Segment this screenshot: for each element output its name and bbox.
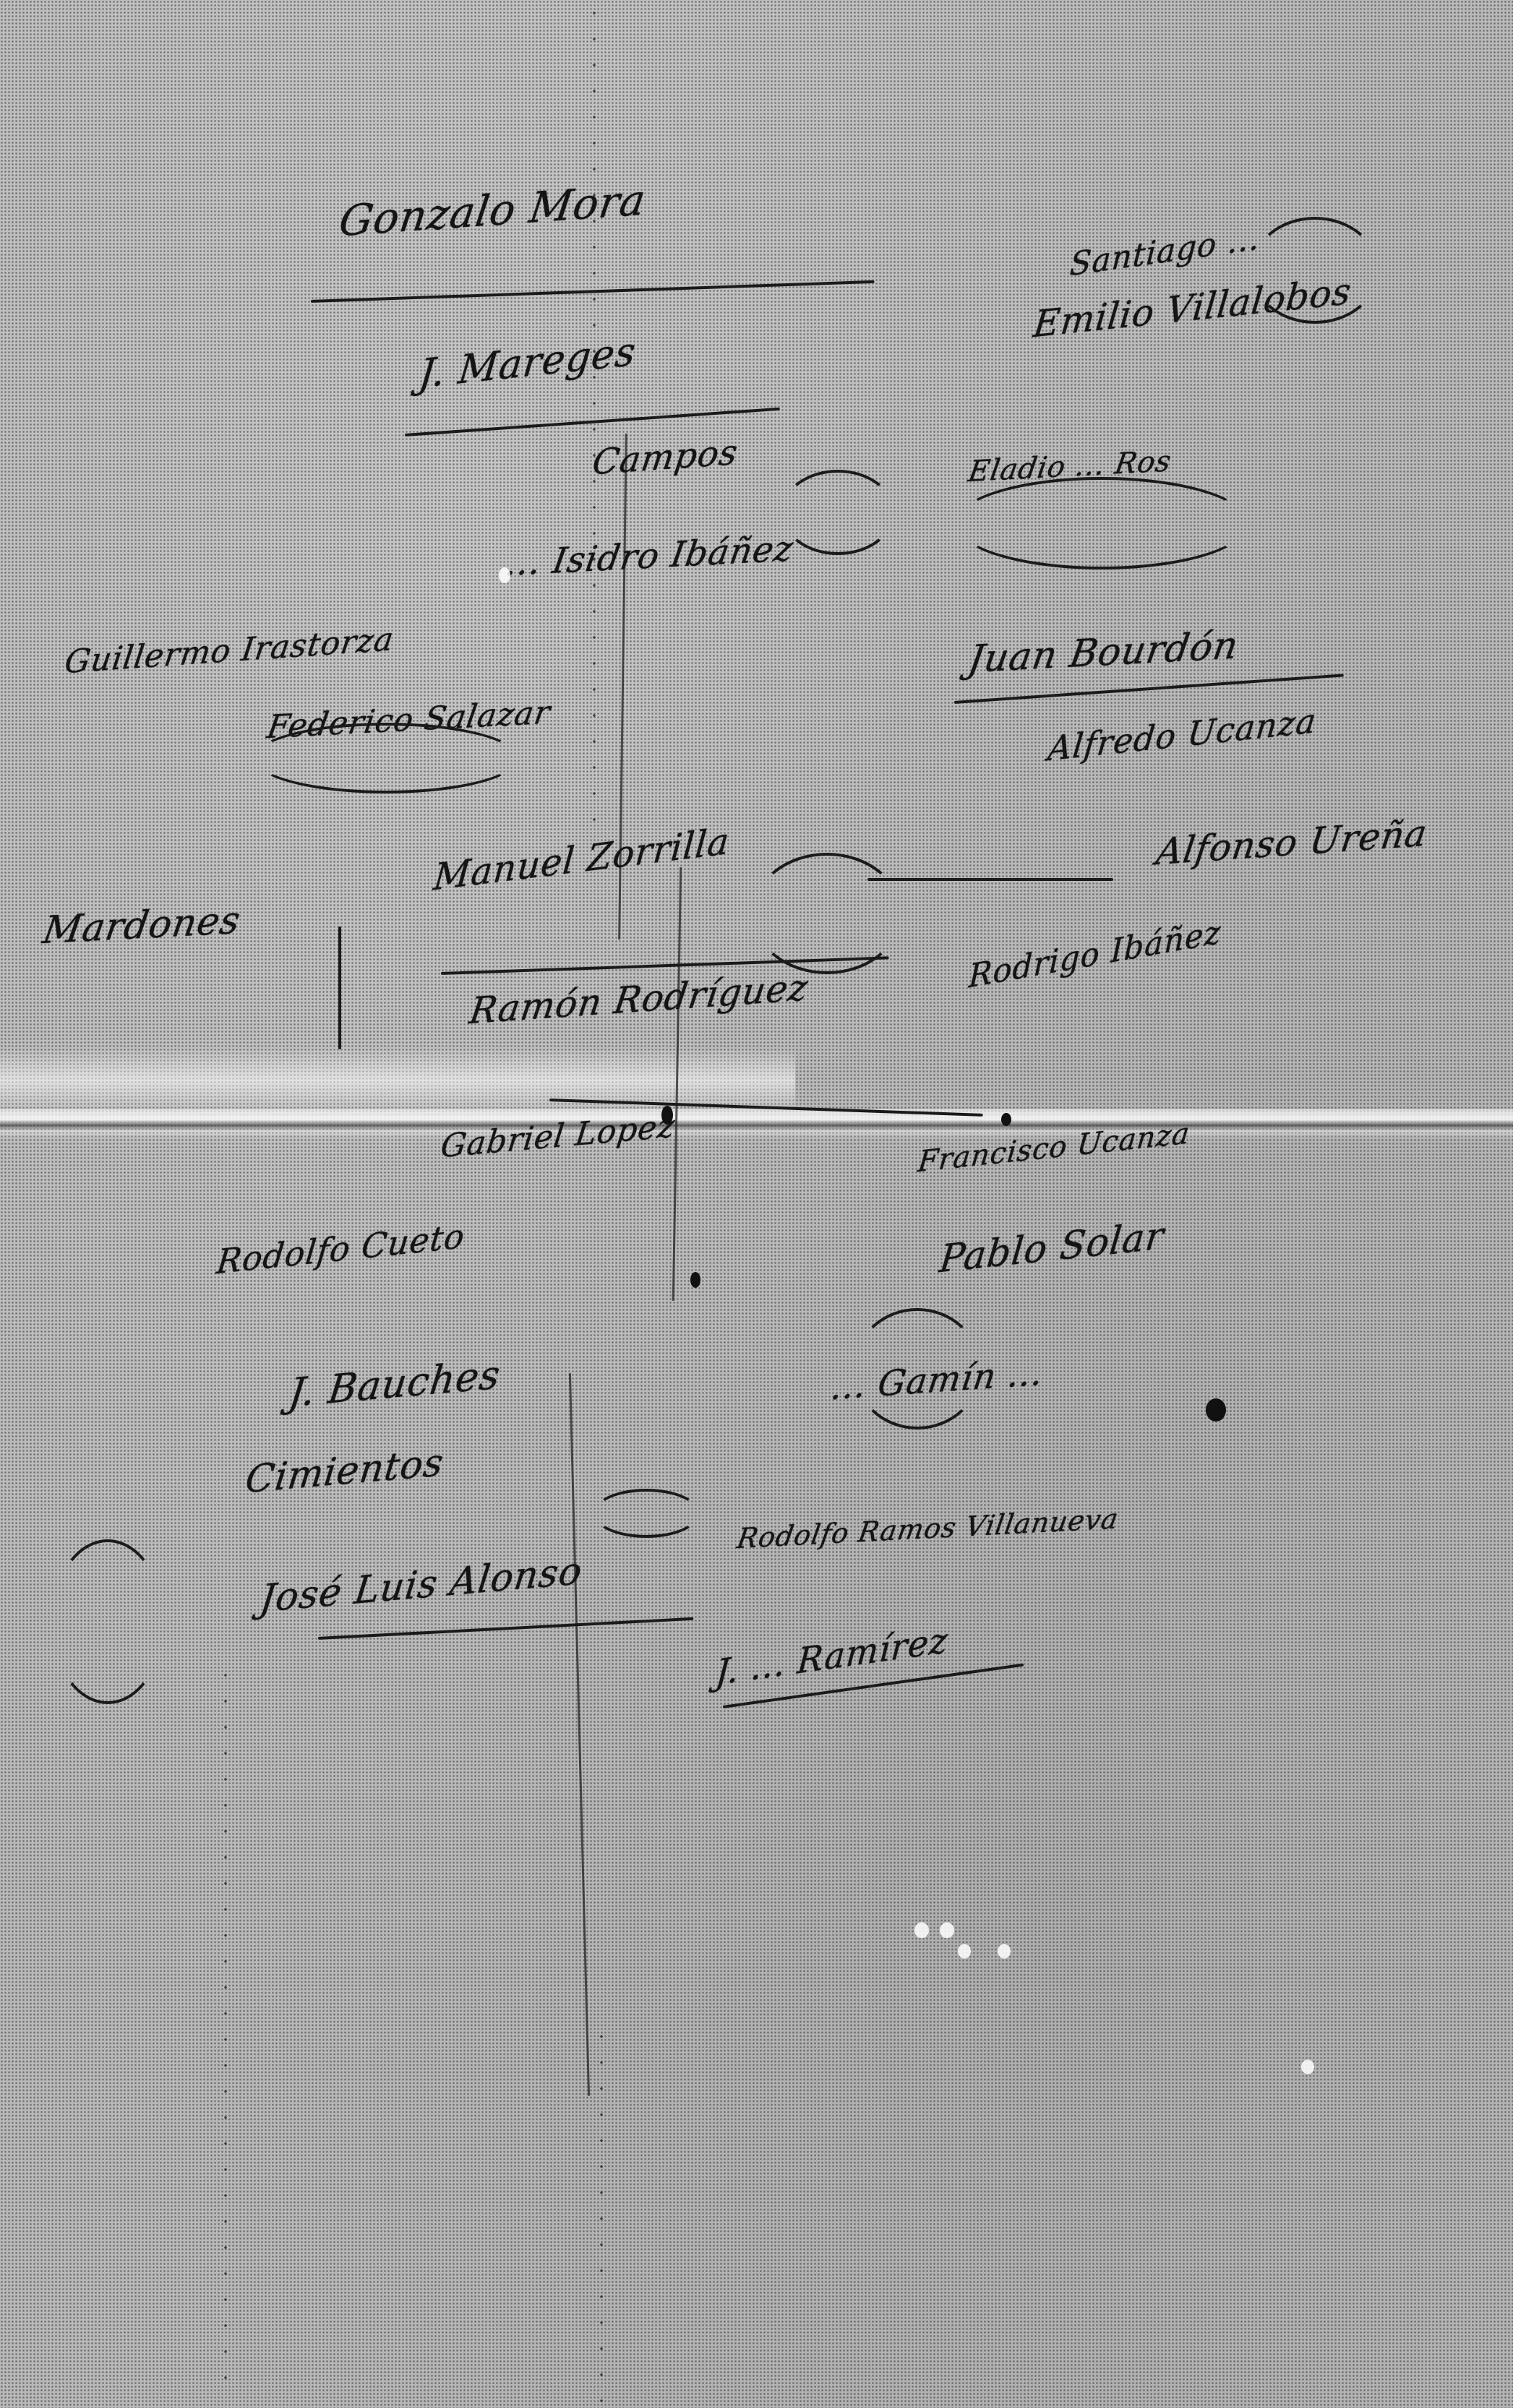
rubric-loop [853,1308,982,1429]
rubric-loop [593,1489,700,1538]
signature-campos: Campos [590,432,741,483]
paper-hole [499,567,510,583]
ink-blot [661,1106,673,1125]
left-dotted-margin [224,1662,227,2385]
rubric-line-left [338,926,341,1049]
ink-blot [1001,1113,1011,1126]
vertical-dotted-crease-bottom [600,2024,603,2408]
signature-pablo-solar: Pablo Solar [938,1214,1167,1282]
signature-gonzalo-mora: Gonzalo Mora [336,175,649,246]
document-sheet: Gonzalo Mora Santiago ... Emilio Villalo… [0,0,1513,2408]
ink-blot [1206,1398,1226,1422]
paper-hole [998,1944,1011,1958]
signature-santiago: Santiago ... [1068,220,1261,284]
signature-ramirez: J. ... Ramírez [714,1620,949,1693]
vertical-dotted-crease-top [593,0,596,867]
horizontal-fold [0,1109,1513,1138]
paper-hole [914,1922,929,1938]
signature-manuel-zorrilla: Manuel Zorrilla [432,820,731,898]
signature-ramon-rodriguez: Ramón Rodríguez [467,966,811,1032]
rubric-loop [954,477,1249,569]
paper-hole [940,1922,954,1938]
signature-mareges: J. Mareges [417,328,638,397]
signature-juan-bourdon: Juan Bourdón [965,624,1241,681]
signature-alfredo-ucanza: Alfredo Ucanza [1046,701,1319,769]
rubric-underline [867,878,1113,881]
vertical-crease-lower [569,1373,590,2096]
rubric-loop [253,723,519,794]
signature-j-bauches: J. Bauches [286,1351,503,1416]
rubric-loop [1251,217,1379,324]
rubric-loop [781,470,895,555]
paper-hole [958,1944,971,1958]
rubric-loop [51,1539,165,1704]
paper-hole [1301,2060,1314,2074]
ink-blot [690,1272,700,1288]
signature-rodolfo-ramos-villanueva: Rodolfo Ramos Villanueva [734,1502,1120,1555]
signature-jose-luis-alonso: José Luis Alonso [257,1549,585,1622]
signature-cimientos: Cimientos [243,1441,446,1502]
rubric-loop [752,853,902,974]
rubric-underline [318,1617,693,1640]
signature-isidro-ibanez: ... Isidro Ibáñez [503,528,797,584]
signature-rodrigo-ibanez: Rodrigo Ibáñez [968,913,1222,996]
signature-alfonso-urena: Alfonso Ureña [1154,812,1431,873]
signature-rodolfo-cueto: Rodolfo Cueto [215,1216,467,1282]
signature-mardones: Mardones [40,898,244,953]
signature-guillermo-irastorza: Guillermo Irastorza [62,621,396,681]
